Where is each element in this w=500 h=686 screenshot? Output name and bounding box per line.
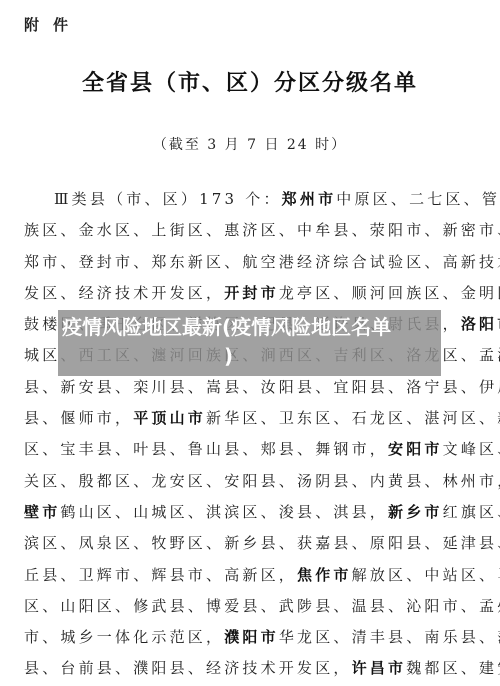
text-line: 市、城乡一体化示范区，濮阳市华龙区、清丰县、南乐县、范 (24, 622, 484, 653)
district-text: 龙亭区、顺河回族区、金明区、 (279, 284, 500, 302)
document-subtitle: （截至 3 月 7 日 24 时） (0, 134, 500, 154)
city-name: 濮阳市 (224, 628, 279, 646)
text-line: 关区、殷都区、龙安区、安阳县、汤阴县、内黄县、林州市，鹤 (24, 466, 484, 497)
district-text: 新华区、卫东区、石龙区、湛河区、新城 (206, 409, 500, 427)
district-text: 区、山阳区、修武县、博爱县、武陟县、温县、沁阳市、孟州 (24, 597, 500, 615)
district-text: 县、偃师市， (24, 409, 133, 427)
text-line: 区、宝丰县、叶县、鲁山县、郏县、舞钢市，安阳市文峰区、北 (24, 434, 484, 465)
district-text: 中原区、二七区、管城回 (336, 190, 500, 208)
district-text: 解放区、中站区、马村 (352, 566, 500, 584)
district-list-body: Ⅲ类县（市、区）173 个：郑州市中原区、二七区、管城回族区、金水区、上街区、惠… (24, 184, 484, 685)
headline-line-1: 疫情风险地区最新(疫情风险地区名单 (58, 313, 441, 342)
text-line: 县、新安县、栾川县、嵩县、汝阳县、宜阳县、洛宁县、伊川 (24, 372, 484, 403)
text-line: 壁市鹤山区、山城区、淇滨区、浚县、淇县，新乡市红旗区、卫 (24, 497, 484, 528)
city-name: 开封市 (224, 284, 279, 302)
text-line: 县、偃师市，平顶山市新华区、卫东区、石龙区、湛河区、新城 (24, 403, 484, 434)
district-text: 关区、殷都区、龙安区、安阳县、汤阴县、内黄县、林州市， (24, 472, 500, 490)
district-text: 县、台前县、濮阳县、经济技术开发区， (24, 659, 352, 677)
document-title: 全省县（市、区）分区分级名单 (0, 66, 500, 97)
district-text: 区、宝丰县、叶县、鲁山县、郏县、舞钢市， (24, 440, 388, 458)
city-name: 郑州市 (282, 190, 337, 208)
district-text: 华龙区、清丰县、南乐县、范 (279, 628, 500, 646)
text-line: 丘县、卫辉市、辉县市、高新区，焦作市解放区、中站区、马村 (24, 560, 484, 591)
district-text: 族区、金水区、上街区、惠济区、中牟县、荥阳市、新密市、新 (24, 221, 500, 239)
district-text: 郑市、登封市、郑东新区、航空港经济综合试验区、高新技术开 (24, 253, 500, 271)
district-text: 市、城乡一体化示范区， (24, 628, 224, 646)
city-name: 许昌市 (352, 659, 407, 677)
text-line: 郑市、登封市、郑东新区、航空港经济综合试验区、高新技术开 (24, 247, 484, 278)
district-text: 红旗区、卫 (443, 503, 500, 521)
city-name: 平顶山市 (133, 409, 206, 427)
district-text: 文峰区、北 (443, 440, 500, 458)
district-text: 滨区、凤泉区、牧野区、新乡县、获嘉县、原阳县、延津县、封 (24, 534, 500, 552)
city-name: 安阳市 (388, 440, 443, 458)
text-line: 区、山阳区、修武县、博爱县、武陟县、温县、沁阳市、孟州 (24, 591, 484, 622)
district-text: 县、新安县、栾川县、嵩县、汝阳县、宜阳县、洛宁县、伊川 (24, 378, 500, 396)
district-text: 丘县、卫辉市、辉县市、高新区， (24, 566, 297, 584)
city-name: 洛阳市 (461, 315, 500, 333)
text-line: 族区、金水区、上街区、惠济区、中牟县、荥阳市、新密市、新 (24, 215, 484, 246)
attachment-label: 附件 (24, 14, 82, 35)
district-text: 魏都区、建安 (406, 659, 500, 677)
document-page: 附件 全省县（市、区）分区分级名单 （截至 3 月 7 日 24 时） Ⅲ类县（… (0, 0, 500, 686)
headline-overlay-text[interactable]: 疫情风险地区最新(疫情风险地区名单 ) (58, 313, 441, 371)
text-line: 县、台前县、濮阳县、经济技术开发区，许昌市魏都区、建安 (24, 653, 484, 684)
district-text: Ⅲ类县（市、区）173 个： (54, 190, 282, 208)
headline-line-2: ) (58, 342, 441, 371)
text-line: 发区、经济技术开发区，开封市龙亭区、顺河回族区、金明区、 (24, 278, 484, 309)
district-text: 发区、经济技术开发区， (24, 284, 224, 302)
city-name: 焦作市 (297, 566, 352, 584)
text-line: 滨区、凤泉区、牧野区、新乡县、获嘉县、原阳县、延津县、封 (24, 528, 484, 559)
text-line: Ⅲ类县（市、区）173 个：郑州市中原区、二七区、管城回 (24, 184, 484, 215)
district-text: 鹤山区、山城区、淇滨区、浚县、淇县， (60, 503, 388, 521)
city-name: 壁市 (24, 503, 60, 521)
city-name: 新乡市 (388, 503, 443, 521)
